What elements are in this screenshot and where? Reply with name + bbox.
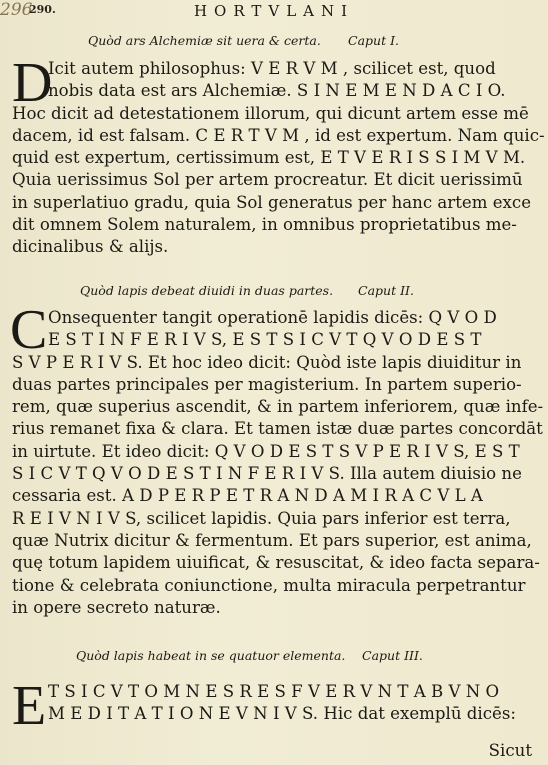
text-line: Quia uerissimus Sol per artem procreatur… [12, 169, 528, 191]
chapter-3-heading: Quòd lapis habeat in se quatuor elementa… [76, 648, 345, 663]
chapter-3-caput: Caput III. [362, 648, 423, 663]
running-head: HORTVLANI [0, 2, 548, 20]
text-line: rius remanet fixa & clara. Et tamen istæ… [12, 418, 528, 440]
text-line: nobis data est ars Alchemiæ. S I N E M E… [12, 80, 528, 102]
catchword: Sicut [489, 741, 532, 760]
chapter-1-heading: Quòd ars Alchemiæ sit uera & certa. Capu… [88, 33, 321, 48]
book-page: 296 290. HORTVLANI Quòd ars Alchemiæ sit… [0, 0, 548, 765]
text-line: Onsequenter tangit operationē lapidis di… [12, 307, 528, 329]
chapter-3-text: T S I C V T O M N E S R E S F V E R V N … [12, 681, 528, 726]
text-line: S I C V T Q V O D E S T I N F E R I V S.… [12, 463, 528, 485]
chapter-2-heading: Quòd lapis debeat diuidi in duas partes.… [80, 283, 333, 298]
text-line: dit omnem Solem naturalem, in omnibus pr… [12, 214, 528, 236]
chapter-2-text: Onsequenter tangit operationē lapidis di… [12, 307, 528, 619]
text-line: dacem, id est falsam. C E R T V M , id e… [12, 125, 528, 147]
text-line: M E D I T A T I O N E V N I V S. Hic dat… [12, 703, 528, 725]
chapter-3-title: Quòd lapis habeat in se quatuor elementa… [76, 648, 345, 663]
text-line: in opere secreto naturæ. [12, 597, 528, 619]
chapter-2-caput: Caput II. [358, 283, 414, 298]
text-line: T S I C V T O M N E S R E S F V E R V N … [12, 681, 528, 703]
text-line: R E I V N I V S, scilicet lapidis. Quia … [12, 508, 528, 530]
chapter-1-text: Icit autem philosophus: V E R V M , scil… [12, 58, 528, 259]
text-line: Icit autem philosophus: V E R V M , scil… [12, 58, 528, 80]
chapter-1-caput: Caput I. [348, 33, 399, 48]
text-line: Hoc dicit ad detestationem illorum, qui … [12, 103, 528, 125]
text-line: in uirtute. Et ideo dicit: Q V O D E S T… [12, 441, 528, 463]
text-line: S V P E R I V S. Et hoc ideo dicit: Quòd… [12, 352, 528, 374]
text-line: duas partes principales per magisterium.… [12, 374, 528, 396]
text-line: rem, quæ superius ascendit, & in partem … [12, 396, 528, 418]
chapter-2-title: Quòd lapis debeat diuidi in duas partes. [80, 283, 333, 298]
text-line: cessaria est. A D P E R P E T R A N D A … [12, 485, 528, 507]
text-line: quid est expertum, certissimum est, E T … [12, 147, 528, 169]
text-line: tione & celebrata coniunctione, multa mi… [12, 575, 528, 597]
chapter-1-title: Quòd ars Alchemiæ sit uera & certa. [88, 33, 321, 48]
text-line: dicinalibus & alijs. [12, 236, 528, 258]
text-line: in superlatiuo gradu, quia Sol generatus… [12, 192, 528, 214]
text-line: E S T I N F E R I V S, E S T S I C V T Q… [12, 329, 528, 351]
text-line: quæ Nutrix dicitur & fermentum. Et pars … [12, 530, 528, 552]
text-line: quę totum lapidem uiuificat, & resuscita… [12, 552, 528, 574]
